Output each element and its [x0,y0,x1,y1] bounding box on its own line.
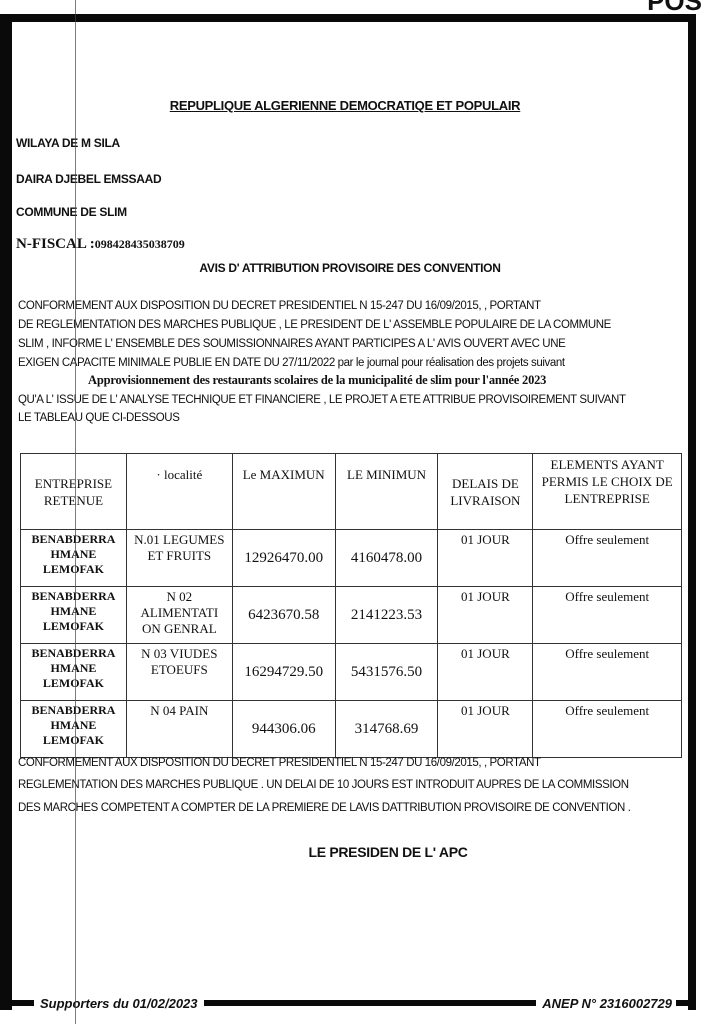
fiscal-number-line: N-FISCAL :098428435038709 [16,236,185,253]
notice-title: AVIS D' ATTRIBUTION PROVISOIRE DES CONVE… [0,261,700,275]
table-header-row: ENTREPRISE RETENUE · localité Le MAXIMUN… [21,454,682,530]
cell-locality: N 04 PAIN [126,701,232,758]
cell-minimum: 314768.69 [335,701,438,758]
cell-maximum: 12926470.00 [232,530,335,587]
footer-publication-date: Supporters du 01/02/2023 [40,996,198,1011]
col-header-company: ENTREPRISE RETENUE [21,454,127,530]
cell-selection-criteria: Offre seulement [533,644,682,701]
fiscal-label: N-FISCAL : [16,236,95,252]
footer-anep-number: ANEP N° 2316002729 [542,996,672,1011]
project-title: Approvisionnement des restaurants scolai… [88,373,546,388]
cell-company: BENABDERRA HMANE LEMOFAK [21,701,127,758]
closing-line: CONFORMEMENT AUX DISPOSITION DU DECRET P… [18,755,541,772]
cell-maximum: 6423670.58 [232,587,335,644]
cell-company: BENABDERRA HMANE LEMOFAK [21,644,127,701]
col-header-maximum: Le MAXIMUN [232,454,335,530]
result-line: QU'A L' ISSUE DE L' ANALYSE TECHNIQUE ET… [18,392,626,409]
attribution-table: ENTREPRISE RETENUE · localité Le MAXIMUN… [20,453,682,758]
col-header-minimum: LE MINIMUN [335,454,438,530]
table-row: BENABDERRA HMANE LEMOFAKN 04 PAIN944306.… [21,701,682,758]
daira-line: DAIRA DJEBEL EMSSAAD [16,172,161,186]
cell-maximum: 944306.06 [232,701,335,758]
intro-line: DE REGLEMENTATION DES MARCHES PUBLIQUE ,… [18,317,611,334]
document-title: REPUPLIQUE ALGERIENNE DEMOCRATIQE ET POP… [0,98,690,113]
cell-locality: N.01 LEGUMES ET FRUITS [126,530,232,587]
cell-delivery-delay: 01 JOUR [438,530,533,587]
cell-delivery-delay: 01 JOUR [438,644,533,701]
footer-rule [0,1000,34,1006]
table-row: BENABDERRA HMANE LEMOFAKN 02 ALIMENTATI … [21,587,682,644]
intro-line: EXIGEN CAPACITE MINIMALE PUBLIE EN DATE … [18,355,565,372]
closing-line: DES MARCHES COMPETENT A COMPTER DE LA PR… [18,800,631,817]
fiscal-number: 098428435038709 [95,237,185,251]
table-row: BENABDERRA HMANE LEMOFAKN 03 VIUDES ETOE… [21,644,682,701]
cell-minimum: 4160478.00 [335,530,438,587]
closing-line: REGLEMENTATION DES MARCHES PUBLIQUE . UN… [18,777,629,794]
signature: LE PRESIDEN DE L' APC [0,844,716,860]
col-header-delivery-delay: DELAIS DE LIVRAISON [438,454,533,530]
frame-border-left [0,14,12,1010]
cell-locality: N 03 VIUDES ETOEUFS [126,644,232,701]
cell-selection-criteria: Offre seulement [533,701,682,758]
commune-line: COMMUNE DE SLIM [16,205,127,219]
col-header-selection-criteria: ELEMENTS AYANT PERMIS LE CHOIX DE LENTRE… [533,454,682,530]
cell-delivery-delay: 01 JOUR [438,587,533,644]
cell-company: BENABDERRA HMANE LEMOFAK [21,530,127,587]
intro-line: SLIM , INFORME L' ENSEMBLE DES SOUMISSIO… [18,336,565,353]
col-header-locality: · localité [126,454,232,530]
cell-minimum: 5431576.50 [335,644,438,701]
cell-locality: N 02 ALIMENTATI ON GENRAL [126,587,232,644]
cell-maximum: 16294729.50 [232,644,335,701]
cell-delivery-delay: 01 JOUR [438,701,533,758]
wilaya-line: WILAYA DE M SILA [16,136,120,150]
frame-border-right [688,14,696,1010]
footer-rule [204,1000,537,1006]
cell-company: BENABDERRA HMANE LEMOFAK [21,587,127,644]
cell-minimum: 2141223.53 [335,587,438,644]
cell-selection-criteria: Offre seulement [533,530,682,587]
result-line: LE TABLEAU QUE CI-DESSOUS [18,410,179,427]
scan-artifact-line [75,0,76,1024]
footer-rule [676,1000,696,1006]
frame-border-top [0,14,696,22]
intro-line: CONFORMEMENT AUX DISPOSITION DU DECRET P… [18,298,541,315]
table-row: BENABDERRA HMANE LEMOFAKN.01 LEGUMES ET … [21,530,682,587]
cell-selection-criteria: Offre seulement [533,587,682,644]
footer-bar: Supporters du 01/02/2023 ANEP N° 2316002… [0,995,696,1011]
